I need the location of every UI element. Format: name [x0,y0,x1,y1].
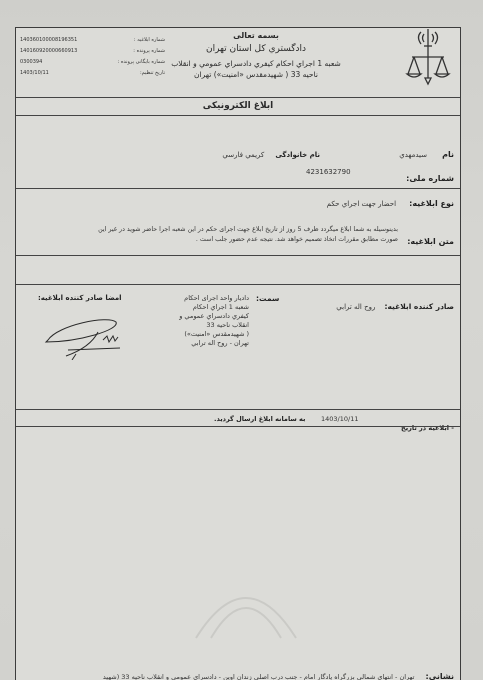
position-value: دادیار واحد اجرای احکام شعبه 1 اجراي احک… [156,294,249,348]
last-name-value: کریمي فارسي [222,151,264,159]
divider [16,115,460,116]
position-line: تهران - روح اله ترابي [156,339,249,348]
document-title: ابلاغ الکترونیکی [16,101,460,111]
notice-type-label: نوع ابلاغیه: [409,199,454,208]
national-id-field: شماره ملی: [406,166,454,185]
delivery-suffix: به سامانه ابلاغ ارسال گردید. [214,415,305,423]
branch-line-1: شعبه 1 اجراي احکام کیفري دادسراي عمومي و… [146,59,366,68]
position-label: سمت: [256,294,279,303]
issuer-field: صادر کننده ابلاغیه: روح اله ترابي [336,294,454,313]
branch-line-2: ناحیه 33 ( شهیدمقدس «امنیت») تهران [146,70,366,79]
divider [16,188,460,189]
signature-image [38,310,128,360]
last-name-field: نام خانوادگی کریمي فارسي [222,142,320,161]
position-line: انقلاب ناحیه 33 [156,321,249,330]
first-name-label: نام [442,150,454,159]
case-number-value: 140160920000660913 [20,48,77,54]
watermark-emblem-icon [176,568,316,648]
delivery-statement: - ابلاغیه در تاریخ [401,415,454,434]
first-name-value: سیدمهدي [399,151,427,159]
notice-text-line-2: صورت مطابق مقررات اتخاذ تصمیم خواهد شد. … [196,236,398,243]
national-id-label: شماره ملی: [406,174,454,183]
notice-text-label-text: متن ابلاغیه: [407,237,454,246]
case-number-label: شماره پرونده : [133,48,165,54]
issue-date-value: 1403/10/11 [20,70,49,76]
national-id-value: 4231632790 [306,168,351,176]
delivery-date: 1403/10/11 [321,415,358,423]
position-line: دادیار واحد اجرای احکام [156,294,249,303]
meta-issue-date: 1403/10/11 تاریخ تنظیم: [20,70,165,82]
position-line: شعبه 1 اجراي احکام [156,303,249,312]
bismillah: بسمه تعالی [166,31,346,40]
notice-number-value: 140360100008196351 [20,37,77,43]
divider [16,426,460,427]
first-name-field: نام سیدمهدي [399,142,454,161]
issuer-name: روح اله ترابي [336,303,375,311]
divider [16,284,460,285]
notice-document: 140360100008196351 شماره ابلاغیه : 14016… [15,27,461,680]
last-name-label: نام خانوادگی [275,151,320,159]
address-label: نشانی: [426,672,454,680]
divider [16,97,460,98]
notice-number-label: شماره ابلاغیه : [134,37,165,43]
position-line: ( شهیدمقدس «امنیت») [156,330,249,339]
divider [16,255,460,256]
notice-text-line-1: بدینوسیله به شما ابلاغ میگردد ظرف 5 روز … [98,226,398,233]
divider [16,409,460,410]
org-name: دادگستري کل استان تهران [166,44,346,54]
issuer-label: صادر کننده ابلاغیه: [384,302,454,311]
position-line: کیفري دادسراي عمومي و [156,312,249,321]
address-value: تهران - انتهاي شمالي بزرگراه يادگار امام… [103,673,415,680]
notice-type-field: نوع ابلاغیه: احضار جهت اجراي حکم [327,191,454,210]
notice-type-value: احضار جهت اجراي حکم [327,200,396,208]
judiciary-emblem-icon [404,26,452,88]
archive-number-value: 0300394 [20,59,42,65]
notice-text-label: متن ابلاغیه: [407,229,454,248]
address-field: نشانی: تهران - انتهاي شمالي بزرگراه يادگ… [103,664,454,680]
signature-label: امضا صادر کننده ابلاغیه: [38,294,122,302]
